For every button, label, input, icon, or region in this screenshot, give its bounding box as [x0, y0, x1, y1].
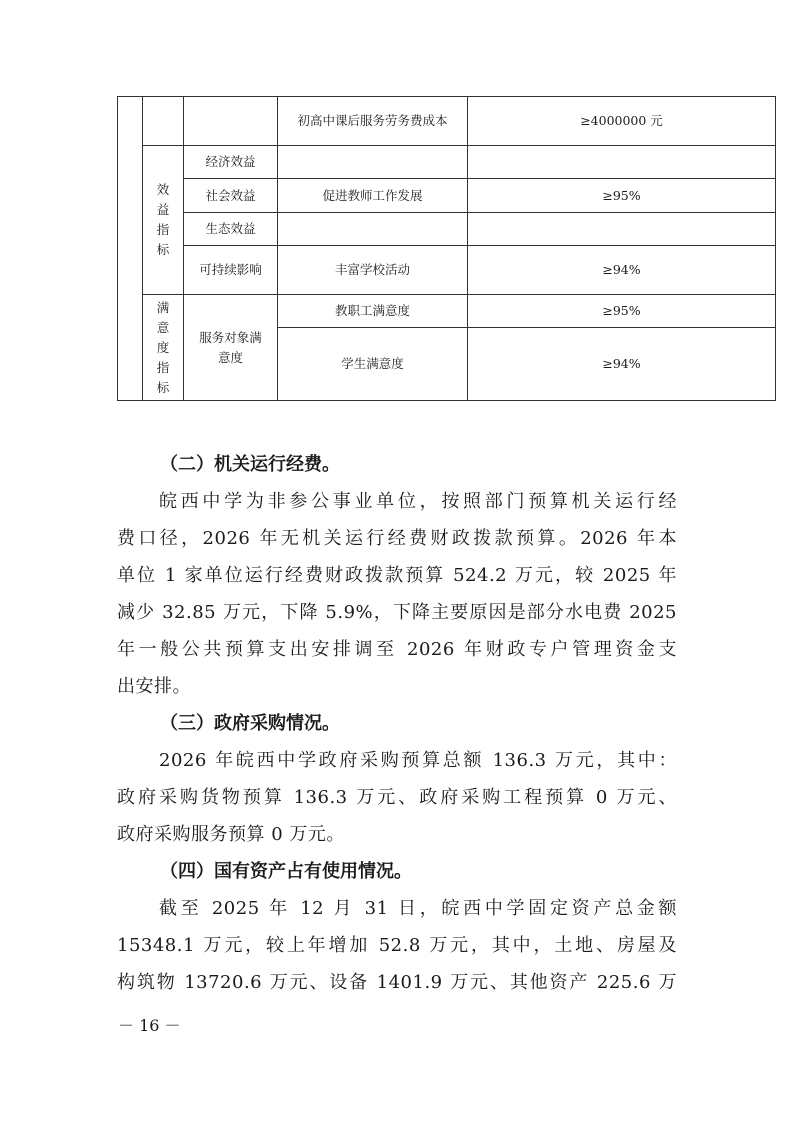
table-row: 社会效益 促进教师工作发展 ≥95% — [118, 179, 776, 213]
paragraph-line: 费口径，2026 年无机关运行经费财政拨款预算。2026 年本 — [117, 520, 677, 557]
indicator-cell — [278, 146, 468, 179]
value-cell — [468, 213, 776, 246]
value-cell: ≥95% — [468, 179, 776, 213]
indicator-cell: 学生满意度 — [278, 328, 468, 401]
sub-category-cell: 社会效益 — [184, 179, 278, 213]
performance-indicator-table: 初高中课后服务劳务费成本 ≥4000000 元 效 益 指 标 经济效益 社会效… — [117, 96, 776, 401]
indicator-cell: 丰富学校活动 — [278, 246, 468, 295]
indicator-cell — [278, 213, 468, 246]
paragraph-line: 出安排。 — [117, 668, 677, 705]
value-cell — [468, 146, 776, 179]
paragraph-line: 减少 32.85 万元，下降 5.9%，下降主要原因是部分水电费 2025 — [117, 594, 677, 631]
paragraph-line: 年一般公共预算支出安排调至 2026 年财政专户管理资金支 — [117, 631, 677, 668]
sub-category-cell: 生态效益 — [184, 213, 278, 246]
sub-category-cell: 可持续影响 — [184, 246, 278, 295]
section-heading: （二）机关运行经费。 — [160, 446, 340, 483]
section-heading: （四）国有资产占有使用情况。 — [160, 853, 412, 890]
section-heading: （三）政府采购情况。 — [160, 705, 340, 742]
indicator-cell: 促进教师工作发展 — [278, 179, 468, 213]
paragraph-line: 2026 年皖西中学政府采购预算总额 136.3 万元，其中： — [117, 742, 677, 779]
table-row: 初高中课后服务劳务费成本 ≥4000000 元 — [118, 97, 776, 146]
value-cell: ≥4000000 元 — [468, 97, 776, 146]
table-row: 满 意 度 指 标 服务对象满 意度 教职工满意度 ≥95% — [118, 295, 776, 328]
table-row: 可持续影响 丰富学校活动 ≥94% — [118, 246, 776, 295]
outer-category-cell — [118, 97, 143, 401]
value-cell: ≥95% — [468, 295, 776, 328]
table-row: 生态效益 — [118, 213, 776, 246]
paragraph-line: 单位 1 家单位运行经费财政拨款预算 524.2 万元，较 2025 年 — [117, 557, 677, 594]
paragraph-line: 政府采购服务预算 0 万元。 — [117, 816, 677, 853]
sub-category-cell: 服务对象满 意度 — [184, 295, 278, 401]
paragraph-line: 截至 2025 年 12 月 31 日，皖西中学固定资产总金额 — [117, 890, 677, 927]
paragraph-line: 15348.1 万元，较上年增加 52.8 万元，其中，土地、房屋及 — [117, 927, 677, 964]
indicator-cell: 初高中课后服务劳务费成本 — [278, 97, 468, 146]
page-number: － 16 － — [118, 1013, 181, 1036]
paragraph-line: 皖西中学为非参公事业单位，按照部门预算机关运行经 — [117, 483, 677, 520]
value-cell: ≥94% — [468, 246, 776, 295]
table-row: 效 益 指 标 经济效益 — [118, 146, 776, 179]
paragraph-line: 政府采购货物预算 136.3 万元、政府采购工程预算 0 万元、 — [117, 779, 677, 816]
benefit-category-cell: 效 益 指 标 — [143, 146, 184, 295]
satisfaction-category-cell: 满 意 度 指 标 — [143, 295, 184, 401]
paragraph-line: 构筑物 13720.6 万元、设备 1401.9 万元、其他资产 225.6 万 — [117, 964, 677, 1001]
indicator-cell: 教职工满意度 — [278, 295, 468, 328]
value-cell: ≥94% — [468, 328, 776, 401]
sub-category-cell: 经济效益 — [184, 146, 278, 179]
